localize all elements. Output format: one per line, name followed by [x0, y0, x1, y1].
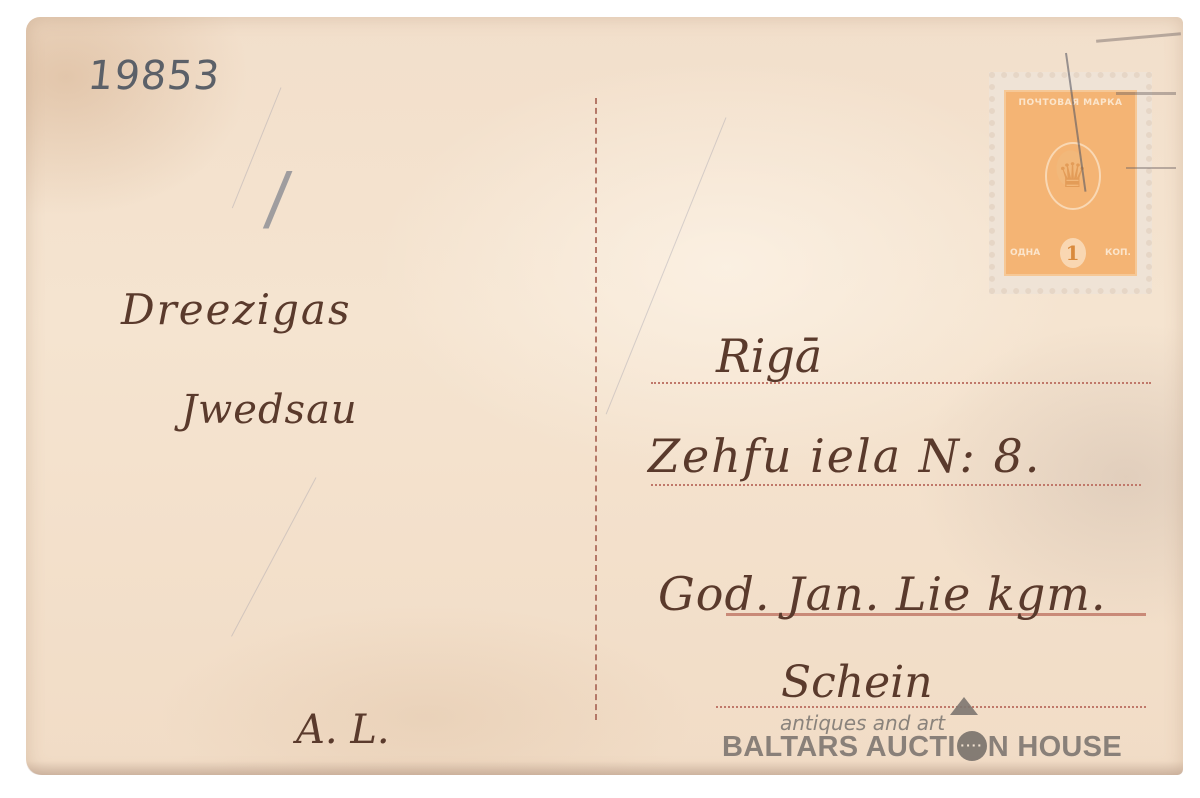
watermark-logo-o-icon	[957, 731, 987, 761]
cancellation-mark	[1126, 167, 1176, 169]
stamp-denomination-value: 1	[1060, 238, 1086, 268]
center-divider	[595, 98, 597, 720]
address-recipient-name: Schein	[781, 657, 933, 708]
stamp-unit: КОП.	[1105, 248, 1131, 258]
pencil-stroke	[231, 477, 316, 636]
watermark-name-part2: N HOUSE	[988, 731, 1122, 763]
crown-icon	[950, 697, 978, 715]
stamp-top-text: ПОЧТОВАЯ МАРКА	[1006, 98, 1135, 108]
address-city: Rigā	[716, 329, 822, 383]
stamp-denomination: ОДНА 1 КОП.	[1010, 242, 1131, 264]
address-line-guide	[651, 484, 1141, 486]
stamp-denomination-word: ОДНА	[1010, 248, 1040, 258]
cancellation-mark	[1096, 32, 1181, 42]
pencil-mark: /	[262, 157, 295, 239]
pencil-stroke	[606, 117, 727, 414]
eagle-emblem-icon: ♛	[1045, 142, 1101, 210]
cancellation-mark	[1116, 92, 1176, 95]
message-line-2: Jwedsau	[181, 387, 358, 433]
watermark-name-part1: BALTARS AUCTI	[722, 731, 956, 763]
postage-stamp: ПОЧТОВАЯ МАРКА ♛ ОДНА 1 КОП.	[989, 72, 1152, 294]
watermark-name: BALTARS AUCTIN HOUSE	[722, 731, 1122, 764]
stamp-face: ПОЧТОВАЯ МАРКА ♛ ОДНА 1 КОП.	[1004, 90, 1137, 276]
message-line-1: Dreezigas	[121, 285, 352, 334]
inventory-number: 19853	[86, 53, 223, 99]
address-recipient: God. Jan. Lie kgm.	[658, 567, 1107, 621]
address-street: Zehfu iela N: 8.	[648, 429, 1041, 483]
signature: A. L.	[296, 707, 390, 753]
postcard-back: 19853 / Dreezigas Jwedsau A. L. Rigā Zeh…	[26, 17, 1183, 775]
